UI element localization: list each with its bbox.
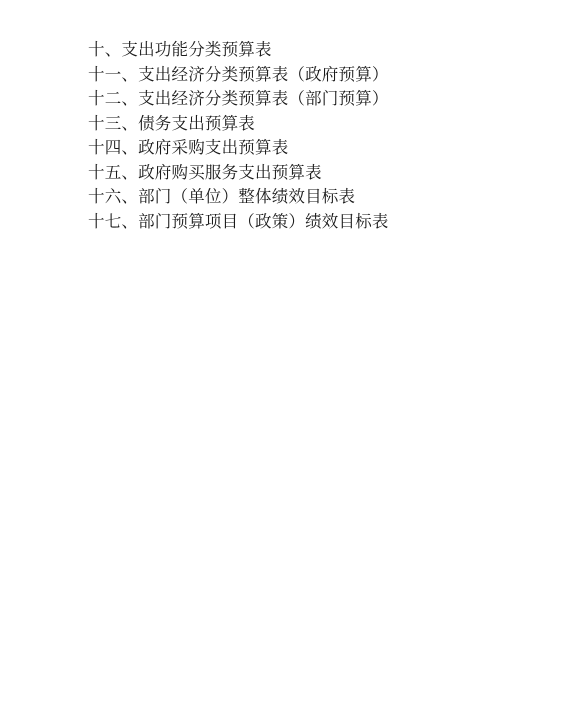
toc-item-16: 十六、部门（单位）整体绩效目标表 [88,185,389,210]
toc-item-13: 十三、债务支出预算表 [88,112,389,137]
toc-item-15: 十五、政府购买服务支出预算表 [88,161,389,186]
toc-item-14: 十四、政府采购支出预算表 [88,136,389,161]
toc-item-17: 十七、部门预算项目（政策）绩效目标表 [88,210,389,235]
table-of-contents: 十、支出功能分类预算表 十一、支出经济分类预算表（政府预算） 十二、支出经济分类… [88,38,389,234]
toc-item-10: 十、支出功能分类预算表 [88,38,389,63]
toc-item-11: 十一、支出经济分类预算表（政府预算） [88,63,389,88]
toc-item-12: 十二、支出经济分类预算表（部门预算） [88,87,389,112]
